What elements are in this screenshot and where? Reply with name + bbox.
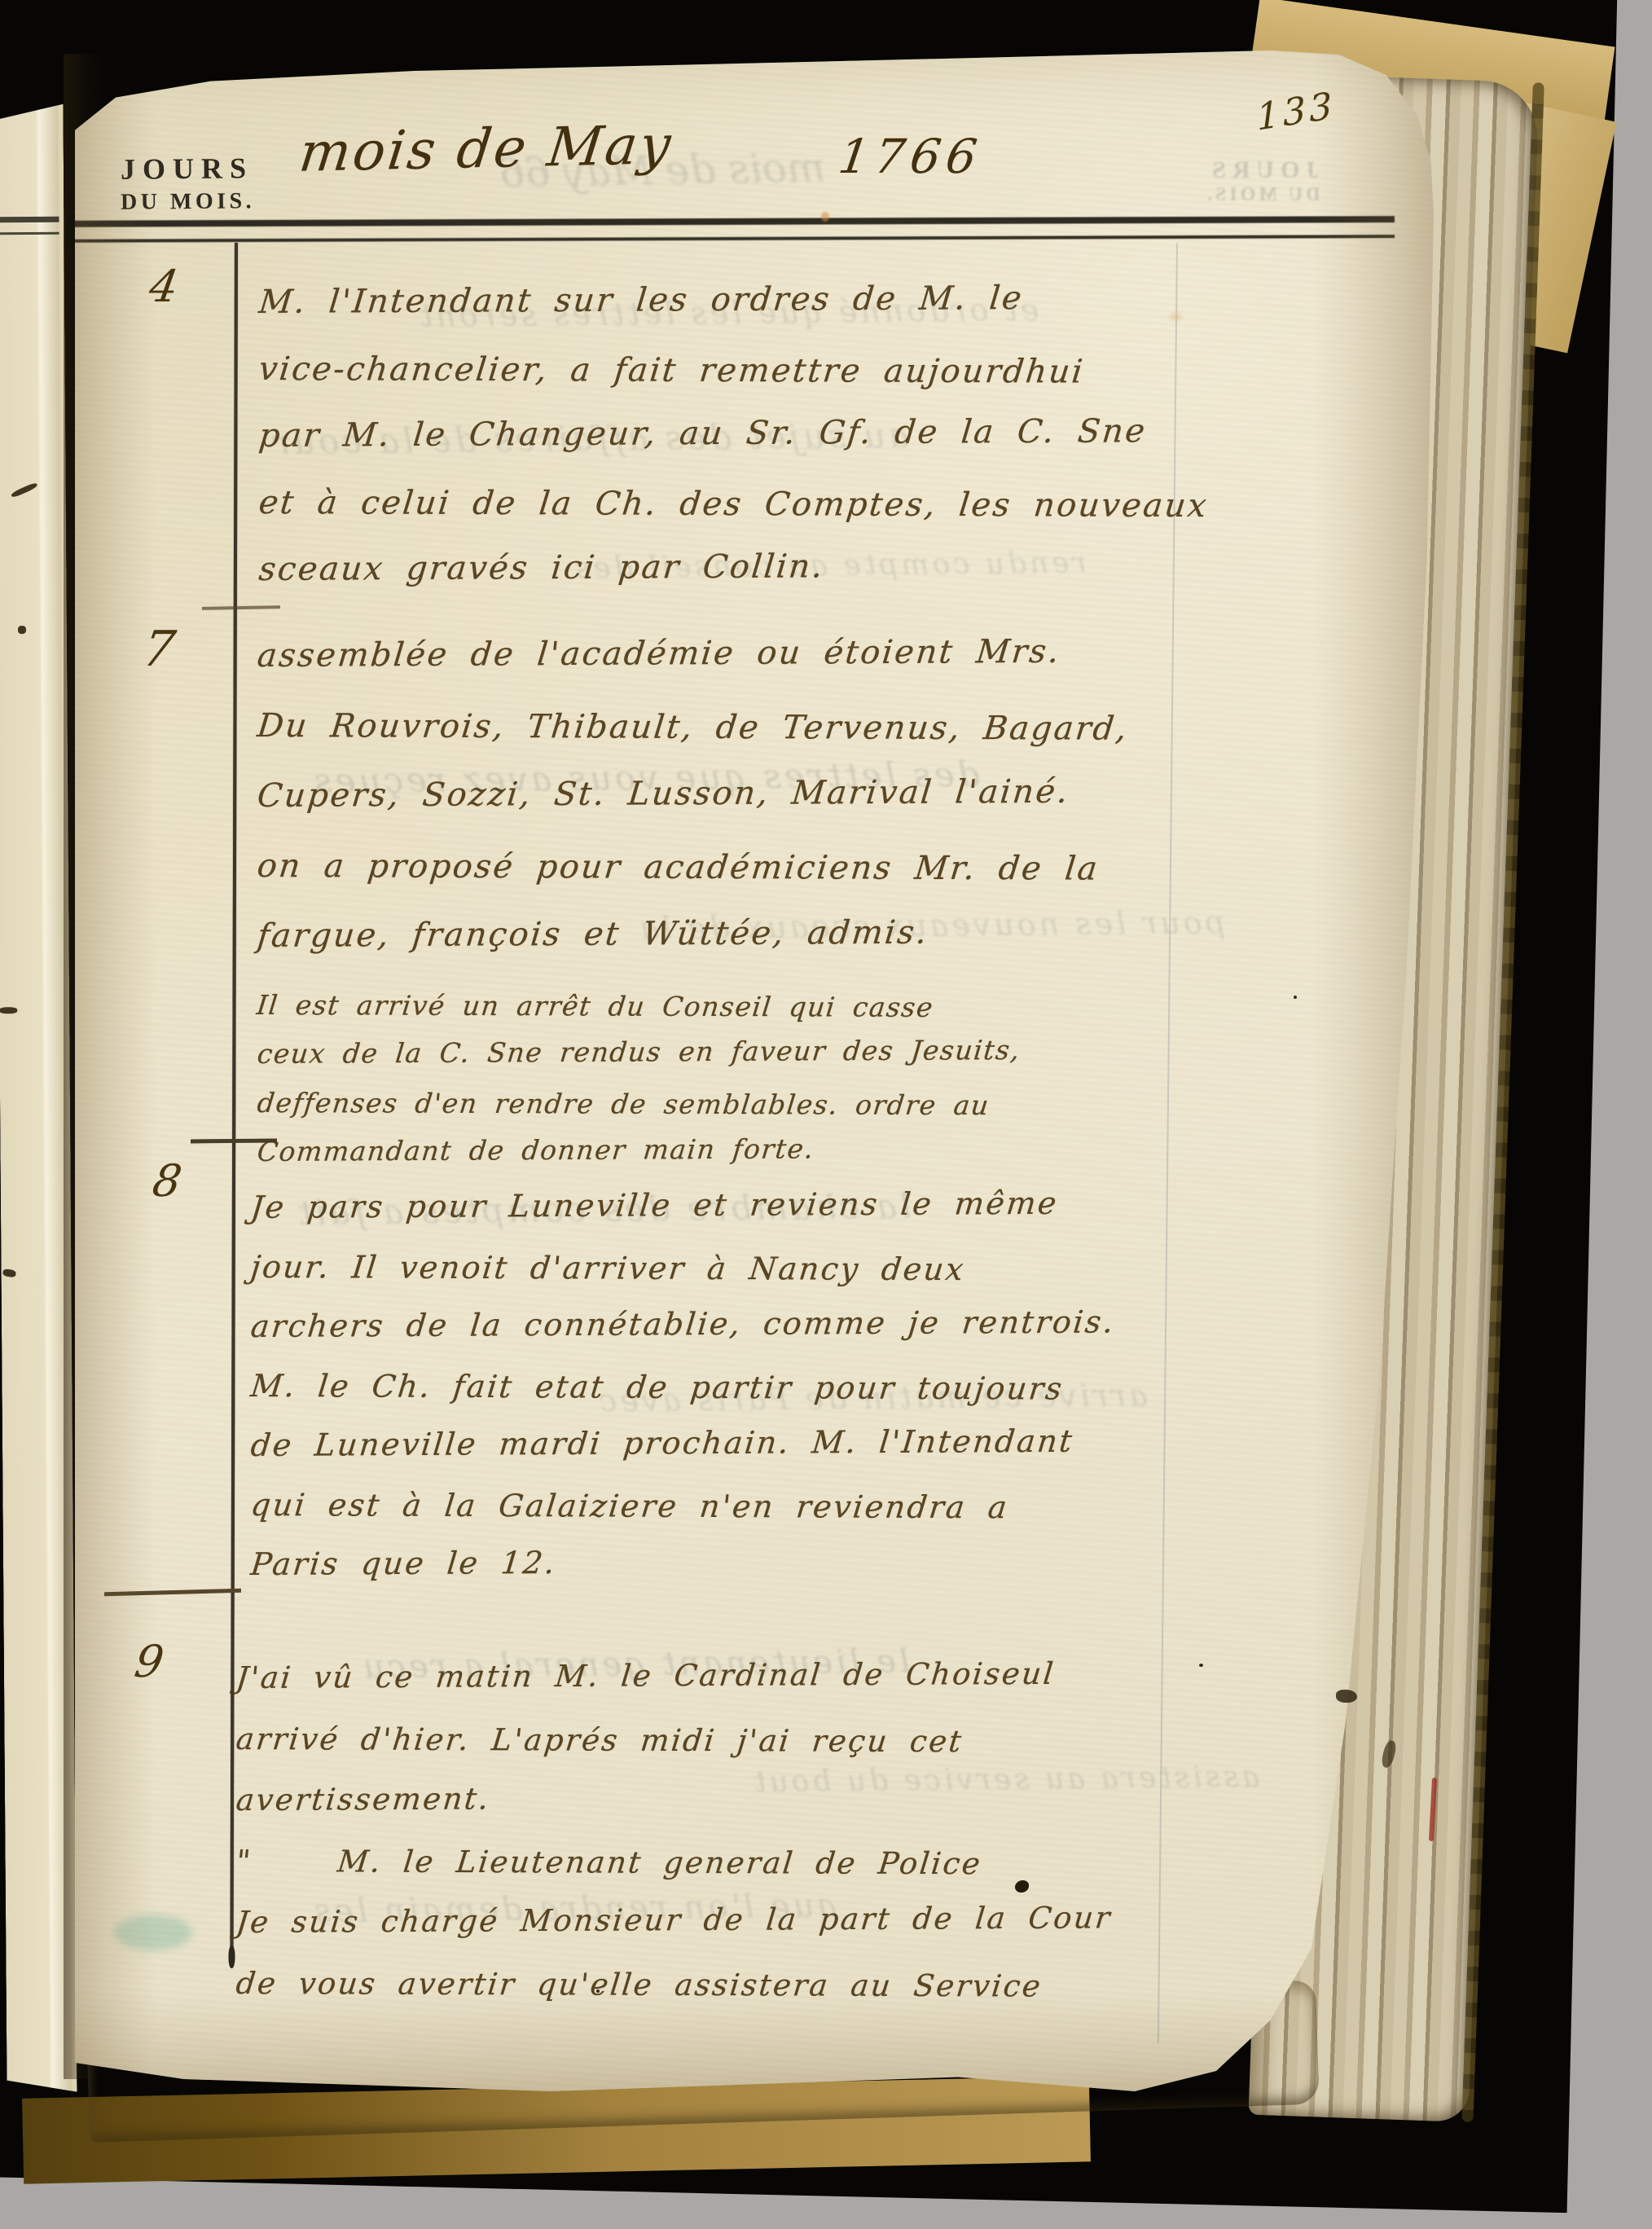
entry-line: sceaux gravés ici par Collin. (256, 531, 1253, 603)
entry-line: on a proposé pour académiciens Mr. de la (253, 831, 1250, 904)
ink-mark (0, 1007, 17, 1013)
entry-line: qui est à la Galaiziere n'en reviendra a (248, 1475, 1243, 1538)
entry-line: Il est arrivé un arrêt du Conseil qui ca… (254, 971, 1250, 1033)
ink-mark (11, 481, 38, 498)
stain (1170, 313, 1181, 321)
entry-lines: Je pars pour Luneville et reviens le mêm… (251, 1178, 1241, 1594)
page-number: 133 (1255, 83, 1336, 139)
entry-line: avertissement. (233, 1765, 1229, 1831)
entry-line: Paris que le 12. (248, 1530, 1244, 1594)
entry-separator-tick (104, 1589, 241, 1596)
speck (596, 1989, 600, 1993)
year: 1766 (835, 129, 986, 184)
day-number: 4 (146, 261, 182, 312)
previous-page-rule-fragment (0, 217, 59, 235)
speck (1199, 1664, 1203, 1667)
entry-line: vice-chancelier, a fait remettre aujourd… (256, 336, 1252, 406)
entry-line: M. le Ch. fait etat de partir pour toujo… (248, 1356, 1243, 1419)
edge-ink-speck (1336, 1690, 1357, 1703)
entry-line: de vous avertir qu'elle assistera au Ser… (233, 1953, 1229, 2017)
entry-lines: J'ai vû ce matin M. le Cardinal de Chois… (236, 1647, 1226, 2014)
day-number: 8 (149, 1155, 185, 1207)
entry-line: de Luneville mardi prochain. M. l'Intend… (248, 1411, 1244, 1475)
ink-mark (18, 626, 26, 634)
entry-line: assemblée de l'académie ou étoient Mrs. (254, 616, 1251, 691)
printed-column-label-line1: JOURS (121, 151, 253, 186)
entry-line: Cupers, Sozzi, St. Lusson, Marival l'ain… (254, 756, 1251, 831)
entry-line: ceux de la C. Sne rendus en faveur des J… (255, 1025, 1250, 1079)
day-number: 7 (138, 621, 178, 678)
entry-line: Du Rouvrois, Thibault, de Tervenus, Baga… (253, 691, 1250, 764)
entry-line: par M. le Changeur, au Sr. Gf. de la C. … (256, 398, 1253, 469)
entry-line: Commandant de donner main forte. (255, 1123, 1250, 1176)
green-smudge (114, 1915, 192, 1950)
entry-line: J'ai vû ce matin M. le Cardinal de Chois… (233, 1642, 1229, 1708)
entry-line: fargue, françois et Wüttée, admis. (254, 896, 1251, 971)
bleedthrough-jours: JOURS (1204, 156, 1320, 184)
entry-line: Je pars pour Luneville et reviens le mêm… (248, 1173, 1244, 1238)
header-double-rule (46, 216, 1395, 243)
ink-mark (2, 1268, 16, 1278)
entry-lines: assemblée de l'académie ou étoient Mrs.D… (257, 621, 1247, 1176)
entry-line: " M. le Lieutenant general de Police (233, 1831, 1229, 1895)
journal-page: et ordonné que les lettres serontau suje… (75, 51, 1434, 2091)
stain (821, 212, 829, 222)
entry-line: archers de la connétablie, comme je rent… (248, 1292, 1244, 1356)
entry-line: M. l'Intendant sur les ordres de M. le (256, 264, 1253, 336)
printed-column-label-line2: DU MOIS. (121, 188, 255, 215)
bleedthrough-dumois: DU MOIS. (1204, 184, 1320, 206)
speck (1294, 996, 1297, 999)
entry-lines: M. l'Intendant sur les ordres de M. levi… (259, 269, 1249, 603)
day-number: 9 (131, 1636, 167, 1687)
entry-line: et à celui de la Ch. des Comptes, les no… (256, 469, 1252, 539)
month-title: mois de May (296, 113, 676, 184)
entry-line: jour. Il venoit d'arriver à Nancy deux (248, 1238, 1243, 1300)
entry-line: arrivé d'hier. L'aprés midi j'ai reçu ce… (233, 1708, 1229, 1773)
bleedthrough-column-label: JOURS DU MOIS. (1204, 156, 1320, 206)
manuscript-scan: et ordonné que les lettres serontau suje… (0, 0, 1652, 2229)
entry-separator-tick (202, 605, 280, 610)
entry-line: Je suis chargé Monsieur de la part de la… (233, 1887, 1229, 1953)
